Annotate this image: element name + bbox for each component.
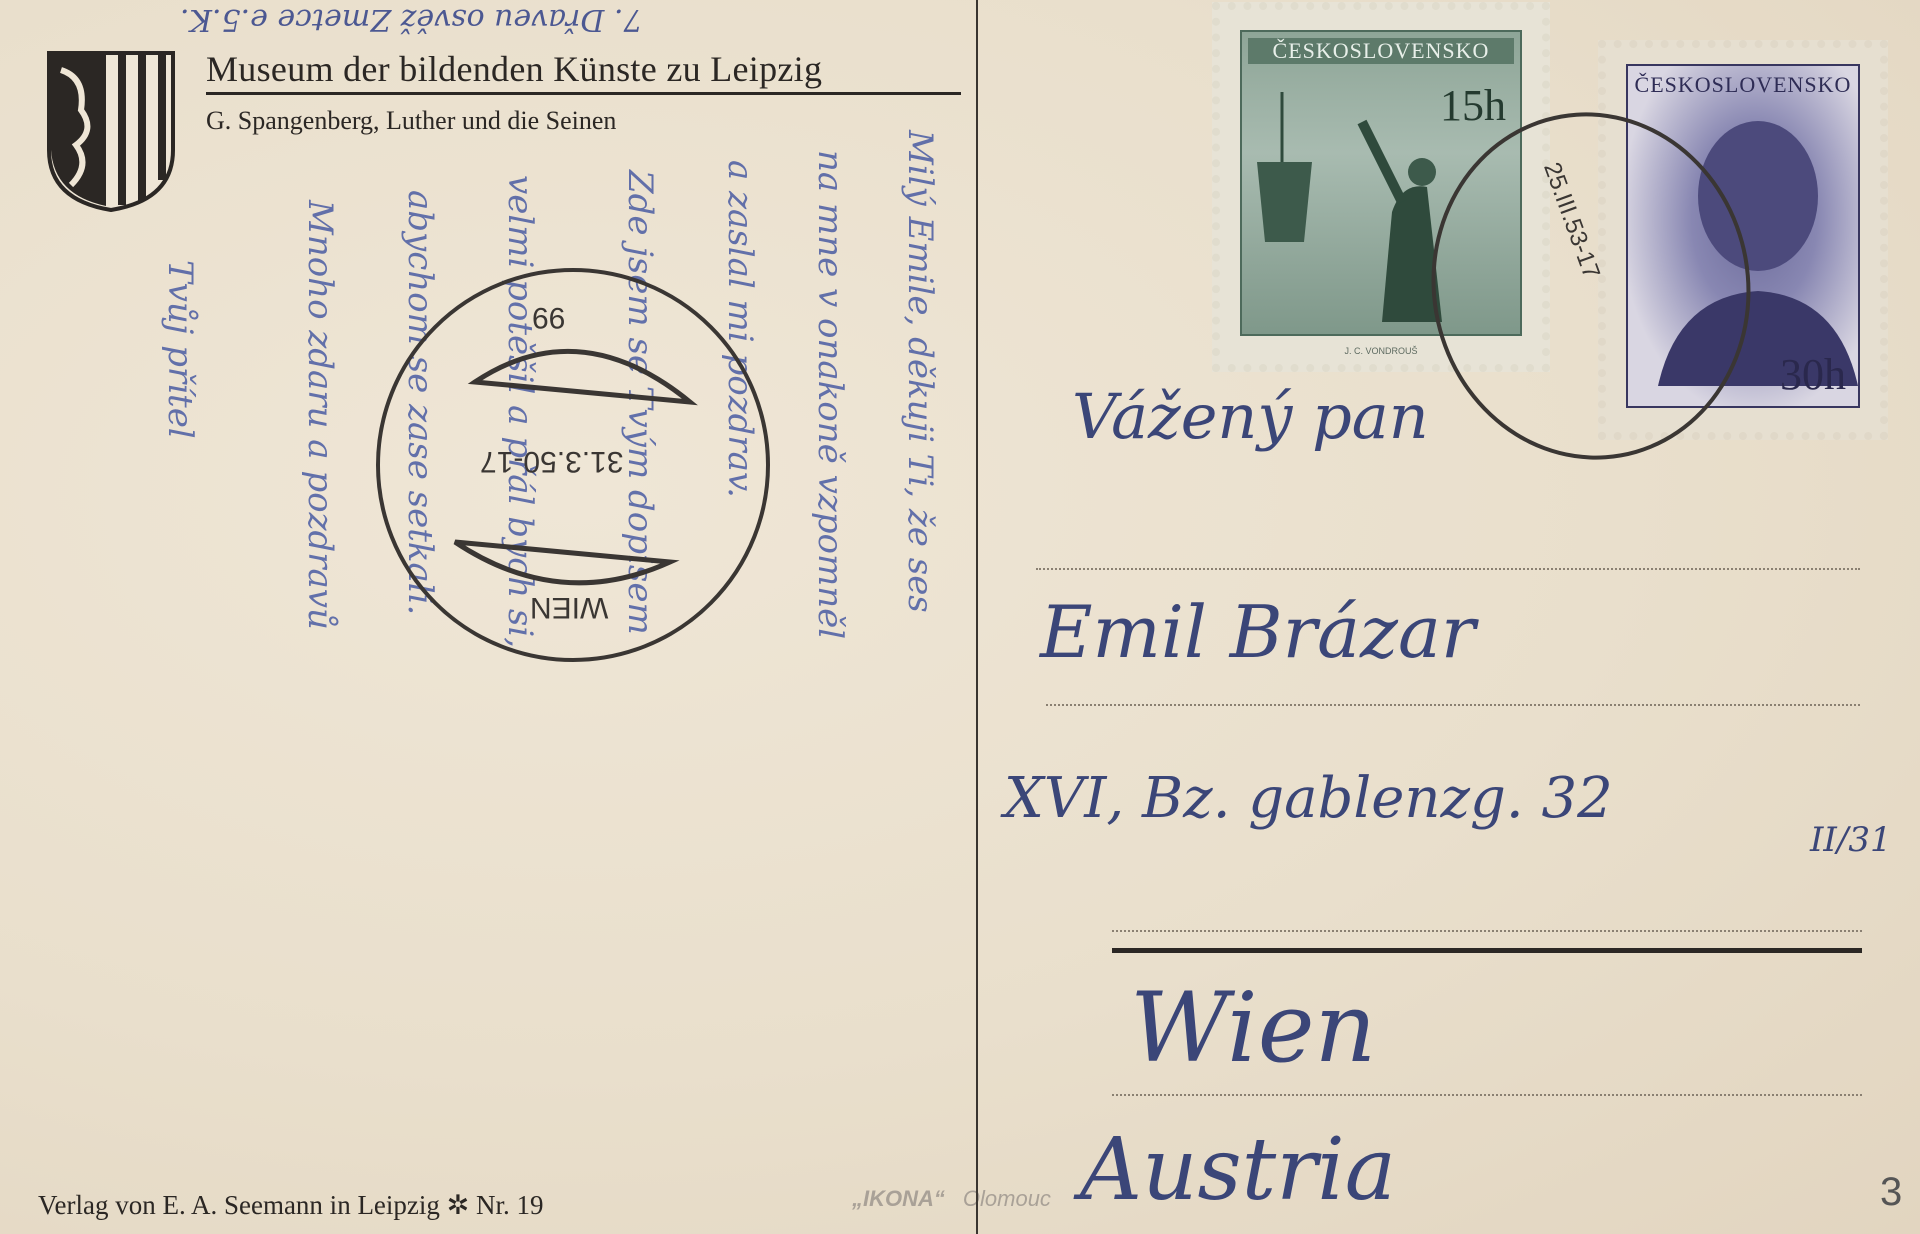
postmark-city: WIEN: [530, 590, 608, 624]
message-line: na mne v onakoně vzpomněl: [810, 150, 850, 639]
leipzig-crest-icon: [46, 50, 176, 212]
stamp-country: ČESKOSLOVENSKO: [1248, 38, 1514, 64]
dealer-stamp: „IKONA“Olomouc: [852, 1186, 1051, 1212]
handwritten-top-note: 7. Dřaveu osvěž Zmetce e.5.K.: [180, 2, 643, 37]
postmark-date: 31.3.50-17: [480, 444, 623, 478]
publisher-line: Verlag von E. A. Seemann in Leipzig ✲ Nr…: [38, 1190, 544, 1221]
stamp-value: 30h: [1780, 349, 1846, 400]
message-line: Mnoho zdaru a pozdravů: [300, 200, 340, 630]
address-name: Emil Brázar: [1040, 590, 1475, 674]
cancel-date: 25.III.53-17: [1537, 159, 1605, 283]
message-line: Milý Emile, děkuji Ti, že ses: [900, 130, 940, 613]
museum-title: Museum der bildenden Künste zu Leipzig: [206, 48, 822, 90]
address-line-3: [1112, 930, 1862, 932]
postmark-wien: 99 31.3.50-17 WIEN: [376, 268, 770, 662]
stamp-country: ČESKOSLOVENSKO: [1628, 72, 1858, 98]
postmark-code: 99: [532, 300, 565, 334]
title-rule: [206, 92, 961, 95]
address-line-1: [1036, 568, 1860, 570]
address-street: XVI, Bz. gablenzg. 32: [1004, 766, 1613, 831]
postcard: 7. Dřaveu osvěž Zmetce e.5.K. Museum der…: [0, 0, 1920, 1234]
address-city: Wien: [1130, 972, 1376, 1084]
address-salutation: Vážený pan: [1072, 380, 1429, 453]
artwork-caption: G. Spangenberg, Luther und die Seinen: [206, 106, 616, 136]
dealer-name: „IKONA“: [852, 1186, 945, 1211]
corner-number: 3: [1880, 1170, 1902, 1215]
address-line-4: [1112, 1094, 1862, 1096]
address-line-2: [1046, 704, 1860, 706]
message-line: Tvůj přítel: [160, 260, 200, 439]
center-divider: [976, 0, 978, 1234]
address-country: Austria: [1080, 1120, 1396, 1220]
address-apartment: II/31: [1810, 820, 1892, 860]
address-solid-rule: [1112, 948, 1862, 953]
